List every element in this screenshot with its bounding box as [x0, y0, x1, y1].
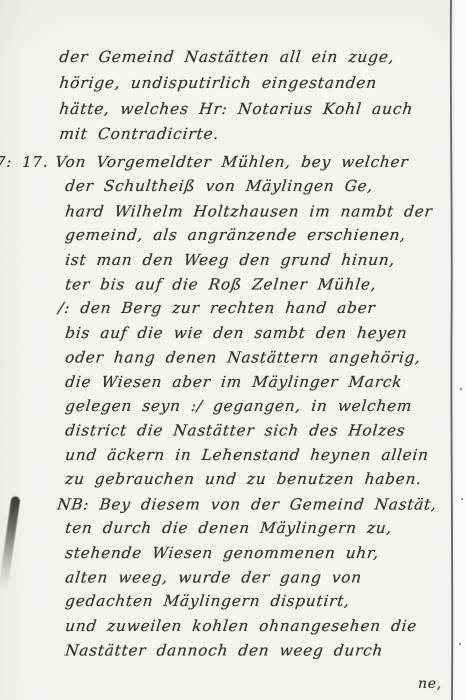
catchword: ne, [418, 676, 442, 692]
text-line: ter bis auf die Roß Zelner Mühle, [64, 273, 455, 297]
text-line: und äckern in Lehenstand heynen allein [64, 443, 455, 467]
manuscript-page: 7: 17. der Gemeind Nastätten all ein zug… [0, 0, 465, 700]
binding-ink-smudge [0, 496, 20, 590]
text-line: Von Vorgemeldter Mühlen, bey welcher [54, 150, 455, 174]
text-line: der Schultheiß von Mäylingen Ge, [64, 174, 455, 198]
paragraph-entry-17: Von Vorgemeldter Mühlen, bey welcher der… [54, 150, 452, 663]
text-line: und zuweilen kohlen ohnangesehen die [64, 614, 455, 638]
text-line: hörige, undisputirlich eingestanden [58, 71, 457, 97]
paragraph-closing-statement: der Gemeind Nastätten all ein zuge, höri… [58, 45, 454, 148]
text-line: gelegen seyn :/ gegangen, in welchem [64, 394, 455, 418]
text-line: hätte, welches Hr: Notarius Kohl auch [58, 97, 457, 123]
text-line: gedachten Mäylingern disputirt, [64, 589, 455, 613]
text-line: ten durch die denen Mäylingern zu, [64, 516, 455, 540]
text-line: alten weeg, wurde der gang von [64, 566, 455, 590]
text-line: hard Wilhelm Holtzhausen im nambt der [64, 199, 455, 223]
edge-ink-specks [460, 388, 462, 390]
text-line: bis auf die wie den sambt den heyen [64, 321, 455, 345]
text-line: zu gebrauchen und zu benutzen haben. [64, 467, 455, 491]
text-line: ist man den Weeg den grund hinun, [64, 248, 455, 272]
text-line: district die Nastätter sich des Holzes [64, 419, 455, 443]
text-line: Nastätter dannoch den weeg durch [64, 639, 455, 663]
text-line: gemeind, als angränzende erschienen, [64, 223, 455, 247]
text-line: /: den Berg zur rechten hand aber [57, 296, 455, 320]
margin-entry-number: 7: 17. [0, 153, 48, 171]
text-line: NB: Bey diesem von der Gemeind Nastät, [56, 492, 455, 516]
text-line: mit Contradicirte. [58, 122, 457, 148]
text-line: oder hang denen Nastättern angehörig, [64, 346, 455, 370]
text-line: die Wiesen aber im Mäylinger Marck [64, 370, 455, 394]
text-line: der Gemeind Nastätten all ein zuge, [58, 45, 457, 71]
text-line: stehende Wiesen genommenen uhr, [64, 541, 455, 565]
facing-page-strip [455, 0, 465, 700]
